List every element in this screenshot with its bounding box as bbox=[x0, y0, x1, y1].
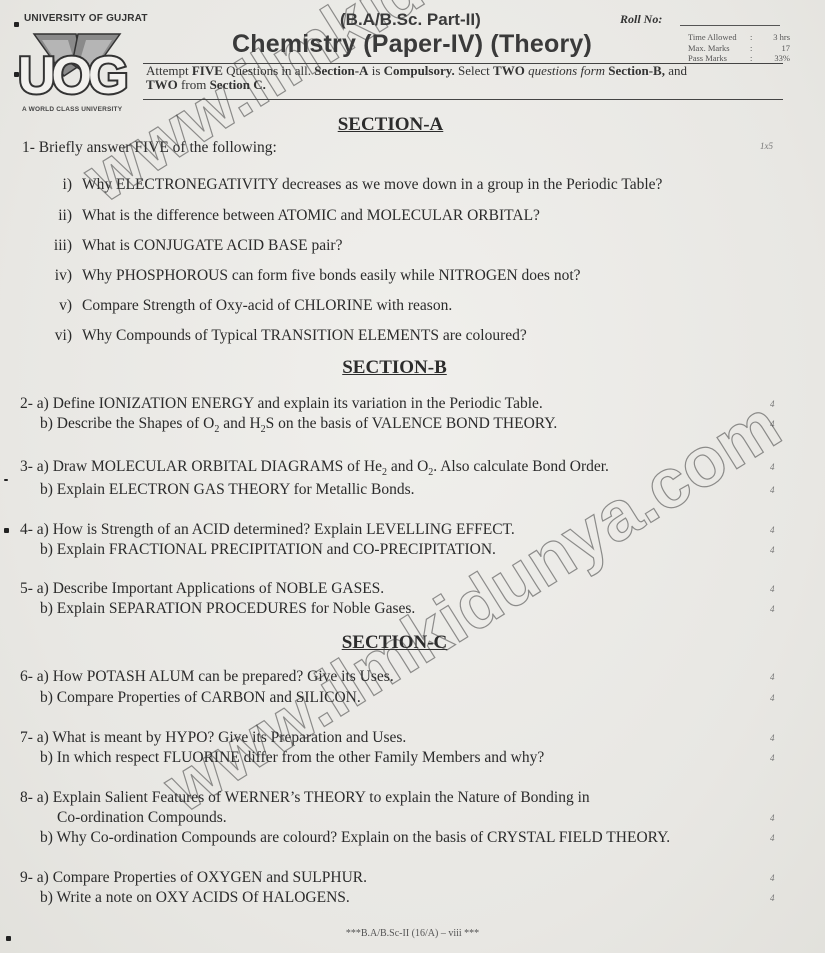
question-6b: b) Compare Properties of CARBON and SILI… bbox=[40, 689, 361, 707]
question-5a: 5- a) Describe Important Applications of… bbox=[20, 580, 384, 598]
university-name: UNIVERSITY OF GUJRAT bbox=[24, 13, 148, 24]
question-5b: b) Explain SEPARATION PROCEDURES for Nob… bbox=[40, 600, 415, 618]
question-8b: b) Why Co-ordination Compounds are colou… bbox=[40, 829, 670, 847]
page-footer: ***B.A/B.Sc-II (16/A) – viii *** bbox=[0, 928, 825, 939]
section-c-heading: SECTION-C bbox=[0, 632, 807, 654]
question-7a: 7- a) What is meant by HYPO? Give its Pr… bbox=[20, 729, 406, 747]
question-7b: b) In which respect FLUORINE differ from… bbox=[40, 749, 544, 767]
marks: 4 bbox=[770, 419, 775, 429]
marks: 4 bbox=[770, 693, 775, 703]
marks: 4 bbox=[770, 584, 775, 594]
program-title: (B.A/B.Sc. Part-II) bbox=[340, 10, 481, 30]
punch-mark bbox=[14, 22, 19, 27]
list-item: vi)Why Compounds of Typical TRANSITION E… bbox=[28, 327, 527, 345]
marks: 4 bbox=[770, 545, 775, 555]
marks: 4 bbox=[770, 485, 775, 495]
section-b-heading: SECTION-B bbox=[0, 357, 807, 379]
marks: 4 bbox=[770, 672, 775, 682]
marks: 4 bbox=[770, 525, 775, 535]
list-item: iv)Why PHOSPHOROUS can form five bonds e… bbox=[28, 267, 581, 285]
punch-mark bbox=[4, 479, 8, 481]
punch-mark bbox=[14, 72, 19, 77]
list-item: v)Compare Strength of Oxy-acid of CHLORI… bbox=[28, 297, 452, 315]
question-6a: 6- a) How POTASH ALUM can be prepared? G… bbox=[20, 668, 394, 686]
logo-text: UOG bbox=[18, 50, 124, 102]
paper-title: Chemistry (Paper-IV) (Theory) bbox=[232, 30, 592, 59]
question-1: 1- Briefly answer FIVE of the following: bbox=[22, 139, 277, 157]
question-4b: b) Explain FRACTIONAL PRECIPITATION and … bbox=[40, 541, 496, 559]
list-item: i)Why ELECTRONEGATIVITY decreases as we … bbox=[28, 176, 662, 194]
question-1-marks: 1x5 bbox=[760, 141, 773, 151]
marks: 4 bbox=[770, 462, 775, 472]
roll-no-field[interactable] bbox=[680, 25, 780, 26]
marks: 4 bbox=[770, 813, 775, 823]
question-8a-cont: Co-ordination Compounds. bbox=[57, 809, 227, 827]
question-3b: b) Explain ELECTRON GAS THEORY for Metal… bbox=[40, 481, 415, 499]
question-2a: 2- a) Define IONIZATION ENERGY and expla… bbox=[20, 395, 543, 413]
instructions: Attempt FIVE Questions in all. Section-A… bbox=[146, 64, 786, 92]
university-tagline: A WORLD CLASS UNIVERSITY bbox=[22, 106, 122, 113]
marks: 4 bbox=[770, 833, 775, 843]
exam-meta: Time Allowed:3 hrs Max. Marks:17 Pass Ma… bbox=[688, 32, 790, 64]
university-logo: UOG bbox=[16, 26, 142, 102]
list-item: iii)What is CONJUGATE ACID BASE pair? bbox=[28, 237, 342, 255]
marks: 4 bbox=[770, 893, 775, 903]
question-9b: b) Write a note on OXY ACIDS Of HALOGENS… bbox=[40, 889, 350, 907]
marks: 4 bbox=[770, 733, 775, 743]
question-2b: b) Describe the Shapes of O2 and H2S on … bbox=[40, 415, 557, 435]
marks: 4 bbox=[770, 753, 775, 763]
exam-paper-page: UNIVERSITY OF GUJRAT UOG A WORLD CLASS U… bbox=[0, 0, 825, 953]
marks: 4 bbox=[770, 873, 775, 883]
marks: 4 bbox=[770, 399, 775, 409]
question-3a: 3- a) Draw MOLECULAR ORBITAL DIAGRAMS of… bbox=[20, 458, 609, 478]
punch-mark bbox=[6, 936, 11, 941]
roll-no-label: Roll No: bbox=[620, 12, 662, 27]
section-a-heading: SECTION-A bbox=[0, 114, 803, 136]
punch-mark bbox=[4, 528, 9, 533]
list-item: ii)What is the difference between ATOMIC… bbox=[28, 207, 540, 225]
question-4a: 4- a) How is Strength of an ACID determi… bbox=[20, 521, 515, 539]
question-9a: 9- a) Compare Properties of OXYGEN and S… bbox=[20, 869, 367, 887]
marks: 4 bbox=[770, 604, 775, 614]
question-8a: 8- a) Explain Salient Features of WERNER… bbox=[20, 789, 590, 807]
